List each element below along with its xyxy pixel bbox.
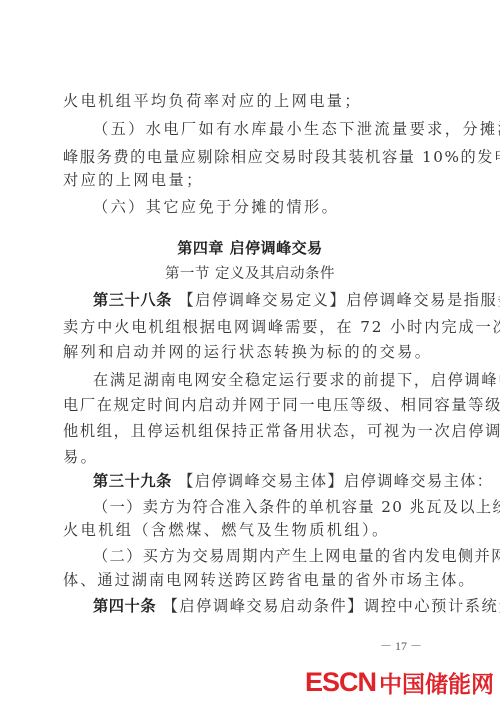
- article-text: 【启停调峰交易主体】启停调峰交易主体：: [172, 472, 493, 490]
- paragraph-line: 在满足湖南电网安全稳定运行要求的前提下，启停调峰中标: [93, 370, 433, 390]
- list-item-1: （一）卖方为符合准入条件的单机容量 20 兆瓦及以上统调: [93, 497, 433, 517]
- article-label: 第四十条: [93, 597, 156, 615]
- escn-logo: ESCN 中国储能网: [305, 666, 494, 698]
- article-39: 第三十九条 【启停调峰交易主体】启停调峰交易主体：: [93, 471, 433, 491]
- text-line: 他机组，且停运机组保持正常备用状态，可视为一次启停调峰交: [63, 421, 433, 441]
- logo-brand-en: ESCN: [305, 667, 376, 698]
- article-40: 第四十条 【启停调峰交易启动条件】调控中心预计系统负: [93, 596, 433, 616]
- article-label: 第三十八条: [93, 291, 172, 309]
- section-title: 第一节 定义及其启动条件: [0, 264, 500, 284]
- logo-brand-cn: 中国储能网: [379, 666, 494, 699]
- text-line: 峰服务费的电量应剔除相应交易时段其装机容量 10%的发电量: [63, 147, 433, 167]
- list-item-2: （二）买方为交易周期内产生上网电量的省内发电侧并网主: [93, 546, 433, 566]
- article-text: 【启停调峰交易启动条件】调控中心预计系统负: [156, 597, 500, 615]
- list-item-6: （六）其它应免于分摊的情形。: [93, 197, 433, 217]
- text-line: 易。: [63, 447, 433, 467]
- text-line: 火电机组（含燃煤、燃气及生物质机组）。: [63, 520, 433, 540]
- text-line: 解列和启动并网的运行状态转换为标的的交易。: [63, 342, 433, 362]
- article-38: 第三十八条 【启停调峰交易定义】启停调峰交易是指服务: [93, 290, 433, 310]
- text-line: 电厂在规定时间内启动并网于同一电压等级、相同容量等级的其: [63, 395, 433, 415]
- text-line: 体、通过湖南电网转送跨区跨省电量的省外市场主体。: [63, 570, 433, 590]
- text-line: 卖方中火电机组根据电网调峰需要，在 72 小时内完成一次停机: [63, 317, 433, 337]
- list-item-5: （五）水电厂如有水库最小生态下泄流量要求，分摊深度调: [93, 119, 433, 139]
- article-label: 第三十九条: [93, 472, 172, 490]
- article-text: 【启停调峰交易定义】启停调峰交易是指服务: [172, 291, 500, 309]
- page-number: － 17 －: [380, 637, 422, 654]
- text-line: 火电机组平均负荷率对应的上网电量；: [63, 91, 433, 111]
- chapter-title: 第四章 启停调峰交易: [0, 238, 500, 258]
- text-line: 对应的上网电量；: [63, 170, 433, 190]
